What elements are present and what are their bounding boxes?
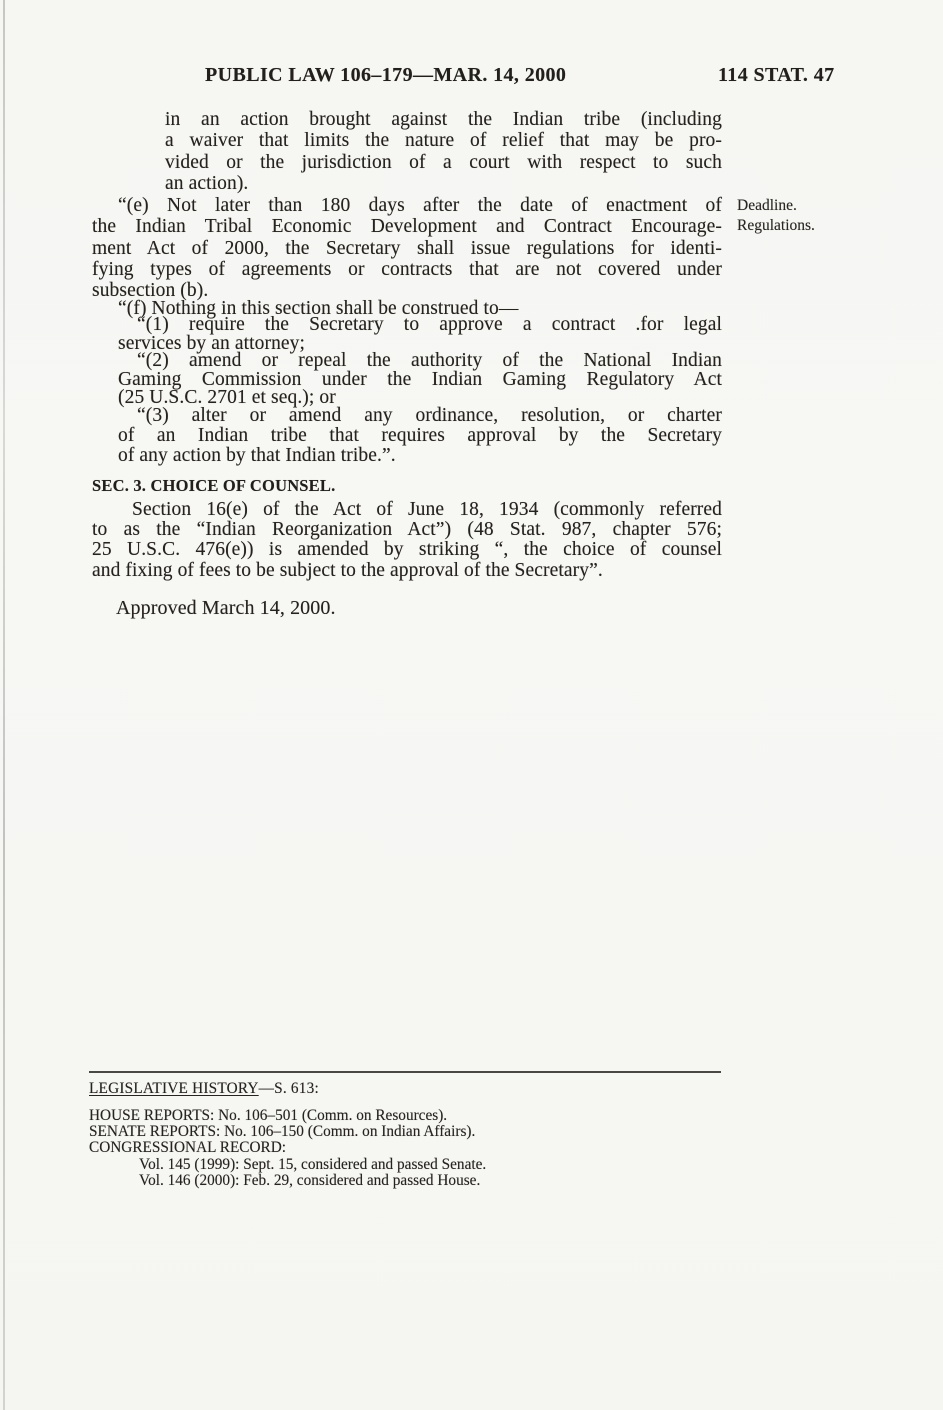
body-line: fying types of agreements or contracts t… [92,259,722,280]
margin-note-deadline: Deadline. [737,196,907,216]
body-line: in an action brought against the Indian … [165,109,722,130]
body-line: “(3) alter or amend any ordinance, resol… [118,406,722,426]
body-line: the Indian Tribal Economic Development a… [92,216,722,237]
body-line: 25 U.S.C. 476(e)) is amended by striking… [92,540,722,560]
legislative-history-bill-number: —S. 613: [259,1080,319,1097]
record-vol-146-line: Vol. 146 (2000): Feb. 29, considered and… [89,1173,721,1189]
running-head-law-number: PUBLIC LAW 106–179—MAR. 14, 2000 [205,64,566,87]
body-line: “(2) amend or repeal the authority of th… [118,352,722,371]
body-line: ment Act of 2000, the Secretary shall is… [92,238,722,259]
body-line: and fixing of fees to be subject to the … [92,561,722,581]
body-line: an action). [165,173,722,194]
subsection-e-paragraph: “(e) Not later than 180 days after the d… [92,195,722,301]
section-3-heading: SEC. 3. CHOICE OF COUNSEL. [92,476,335,496]
body-line: “(1) require the Secretary to approve a … [118,316,722,335]
clause-1-paragraph: “(1) require the Secretary to approve a … [118,316,722,353]
scanned-statute-page: PUBLIC LAW 106–179—MAR. 14, 2000 114 STA… [0,0,943,1410]
clause-3-paragraph: “(3) alter or amend any ordinance, resol… [118,406,722,467]
approval-date-line: Approved March 14, 2000. [116,597,336,620]
legislative-history-title-underlined: LEGISLATIVE HISTORY [89,1080,259,1097]
congressional-record-line: CONGRESSIONAL RECORD: [89,1140,721,1156]
house-reports-line: HOUSE REPORTS: No. 106–501 (Comm. on Res… [89,1108,721,1124]
scan-edge-line [3,0,5,1410]
body-line: of an Indian tribe that requires approva… [118,426,722,446]
body-line: vided or the jurisdiction of a court wit… [165,152,722,173]
margin-note-regulations: Regulations. [737,216,907,236]
margin-notes: Deadline. Regulations. [737,196,907,235]
body-line: a waiver that limits the nature of relie… [165,130,722,151]
senate-reports-line: SENATE REPORTS: No. 106–150 (Comm. on In… [89,1124,721,1140]
body-line: of any action by that Indian tribe.”. [118,446,722,466]
continuation-paragraph: in an action brought against the Indian … [165,109,722,194]
body-line: to as the “Indian Reorganization Act”) (… [92,520,722,540]
body-line: “(e) Not later than 180 days after the d… [92,195,722,216]
running-head-stat-page: 114 STAT. 47 [718,64,835,87]
horizontal-rule [89,1071,721,1073]
record-vol-145-line: Vol. 145 (1999): Sept. 15, considered an… [89,1157,721,1173]
clause-2-paragraph: “(2) amend or repeal the authority of th… [118,352,722,408]
body-line: Section 16(e) of the Act of June 18, 193… [92,500,722,520]
legislative-history-block: LEGISLATIVE HISTORY—S. 613: HOUSE REPORT… [89,1071,721,1189]
section-3-paragraph: Section 16(e) of the Act of June 18, 193… [92,500,722,581]
legislative-history-title: LEGISLATIVE HISTORY—S. 613: [89,1080,721,1098]
